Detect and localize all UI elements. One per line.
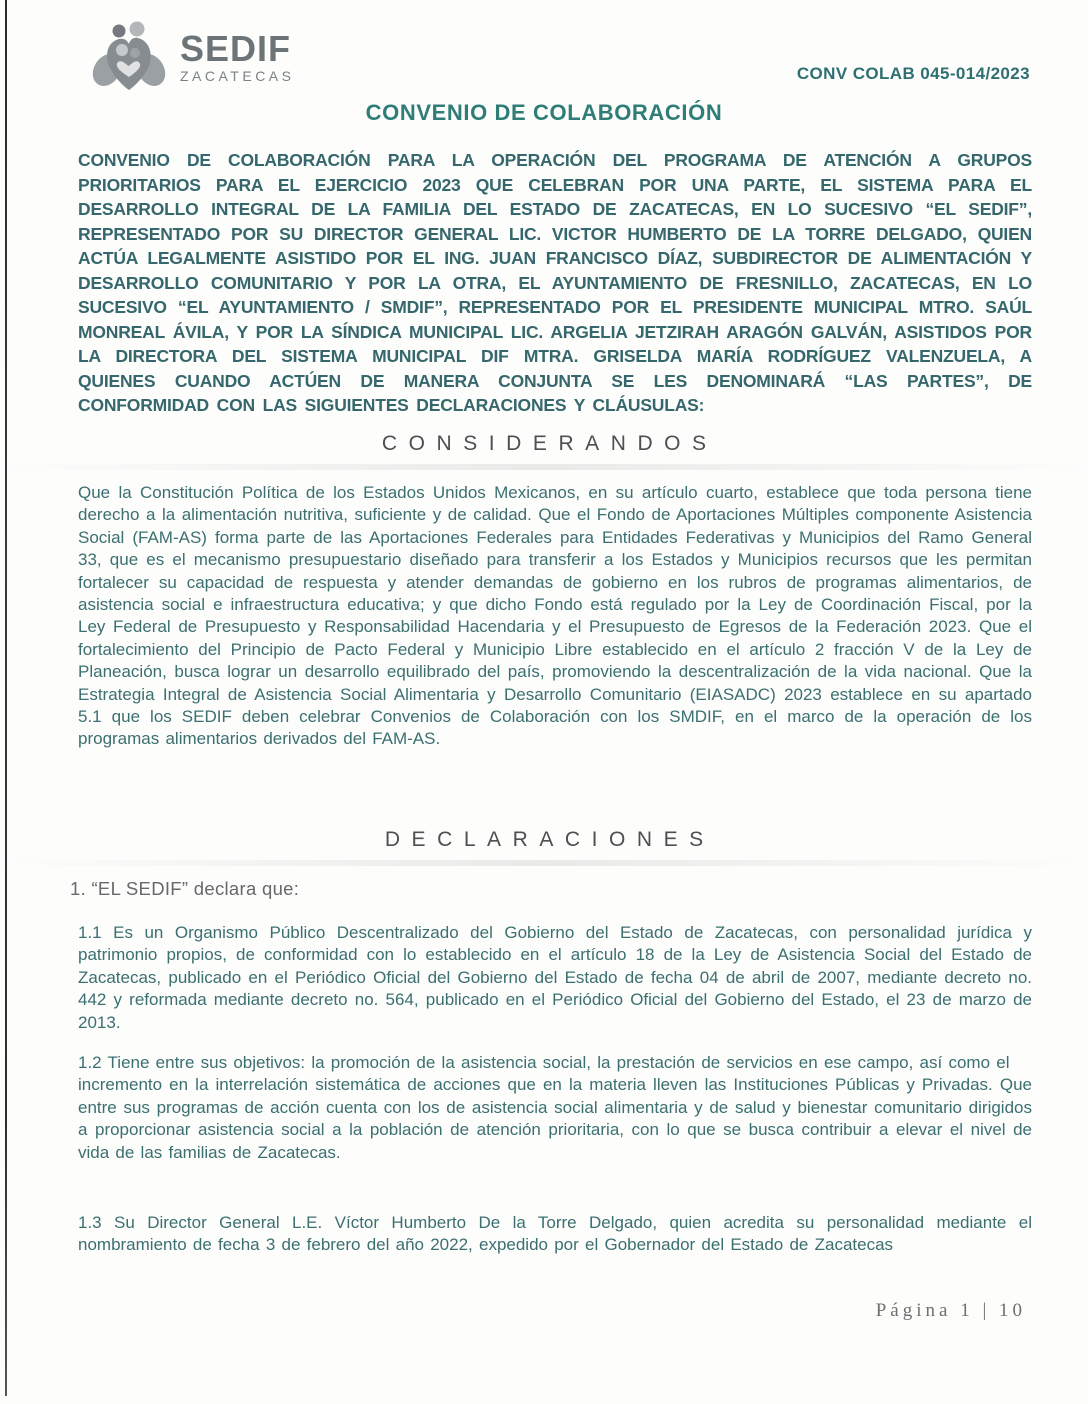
declaration-item-1-2: 1.2 Tiene entre sus objetivos: la promoc… — [78, 1052, 1032, 1164]
considerandos-heading: CONSIDERANDOS — [0, 432, 1088, 456]
logo-name: SEDIF — [180, 32, 294, 66]
page-number: Página 1 | 10 — [876, 1300, 1026, 1322]
declaraciones-heading: DECLARACIONES — [0, 828, 1088, 852]
logo-text: SEDIF ZACATECAS — [180, 32, 294, 84]
document-title: CONVENIO DE COLABORACIÓN — [0, 100, 1088, 126]
declaration-item-1-2-line2: incremento en la interrelación sistemáti… — [78, 1074, 1032, 1164]
scanner-edge-artifact — [5, 0, 7, 1396]
declaraciones-intro: 1. “EL SEDIF” declara que: — [70, 878, 299, 900]
declaration-item-1-3: 1.3 Su Director General L.E. Víctor Humb… — [78, 1212, 1032, 1257]
people-heart-emblem-icon — [92, 20, 166, 96]
scanner-streak — [0, 860, 1088, 866]
document-page: SEDIF ZACATECAS CONV COLAB 045-014/2023 … — [0, 0, 1088, 1404]
logo-subname: ZACATECAS — [180, 68, 294, 84]
scanner-streak — [0, 464, 1088, 470]
declaration-item-1-1: 1.1 Es un Organismo Público Descentraliz… — [78, 922, 1032, 1034]
considerandos-paragraph: Que la Constitución Política de los Esta… — [78, 482, 1032, 751]
intro-paragraph: CONVENIO DE COLABORACIÓN PARA LA OPERACI… — [78, 148, 1032, 418]
document-reference-number: CONV COLAB 045-014/2023 — [797, 64, 1030, 84]
sedif-logo: SEDIF ZACATECAS — [92, 20, 294, 96]
declaration-item-1-2-line1: 1.2 Tiene entre sus objetivos: la promoc… — [78, 1052, 1032, 1074]
